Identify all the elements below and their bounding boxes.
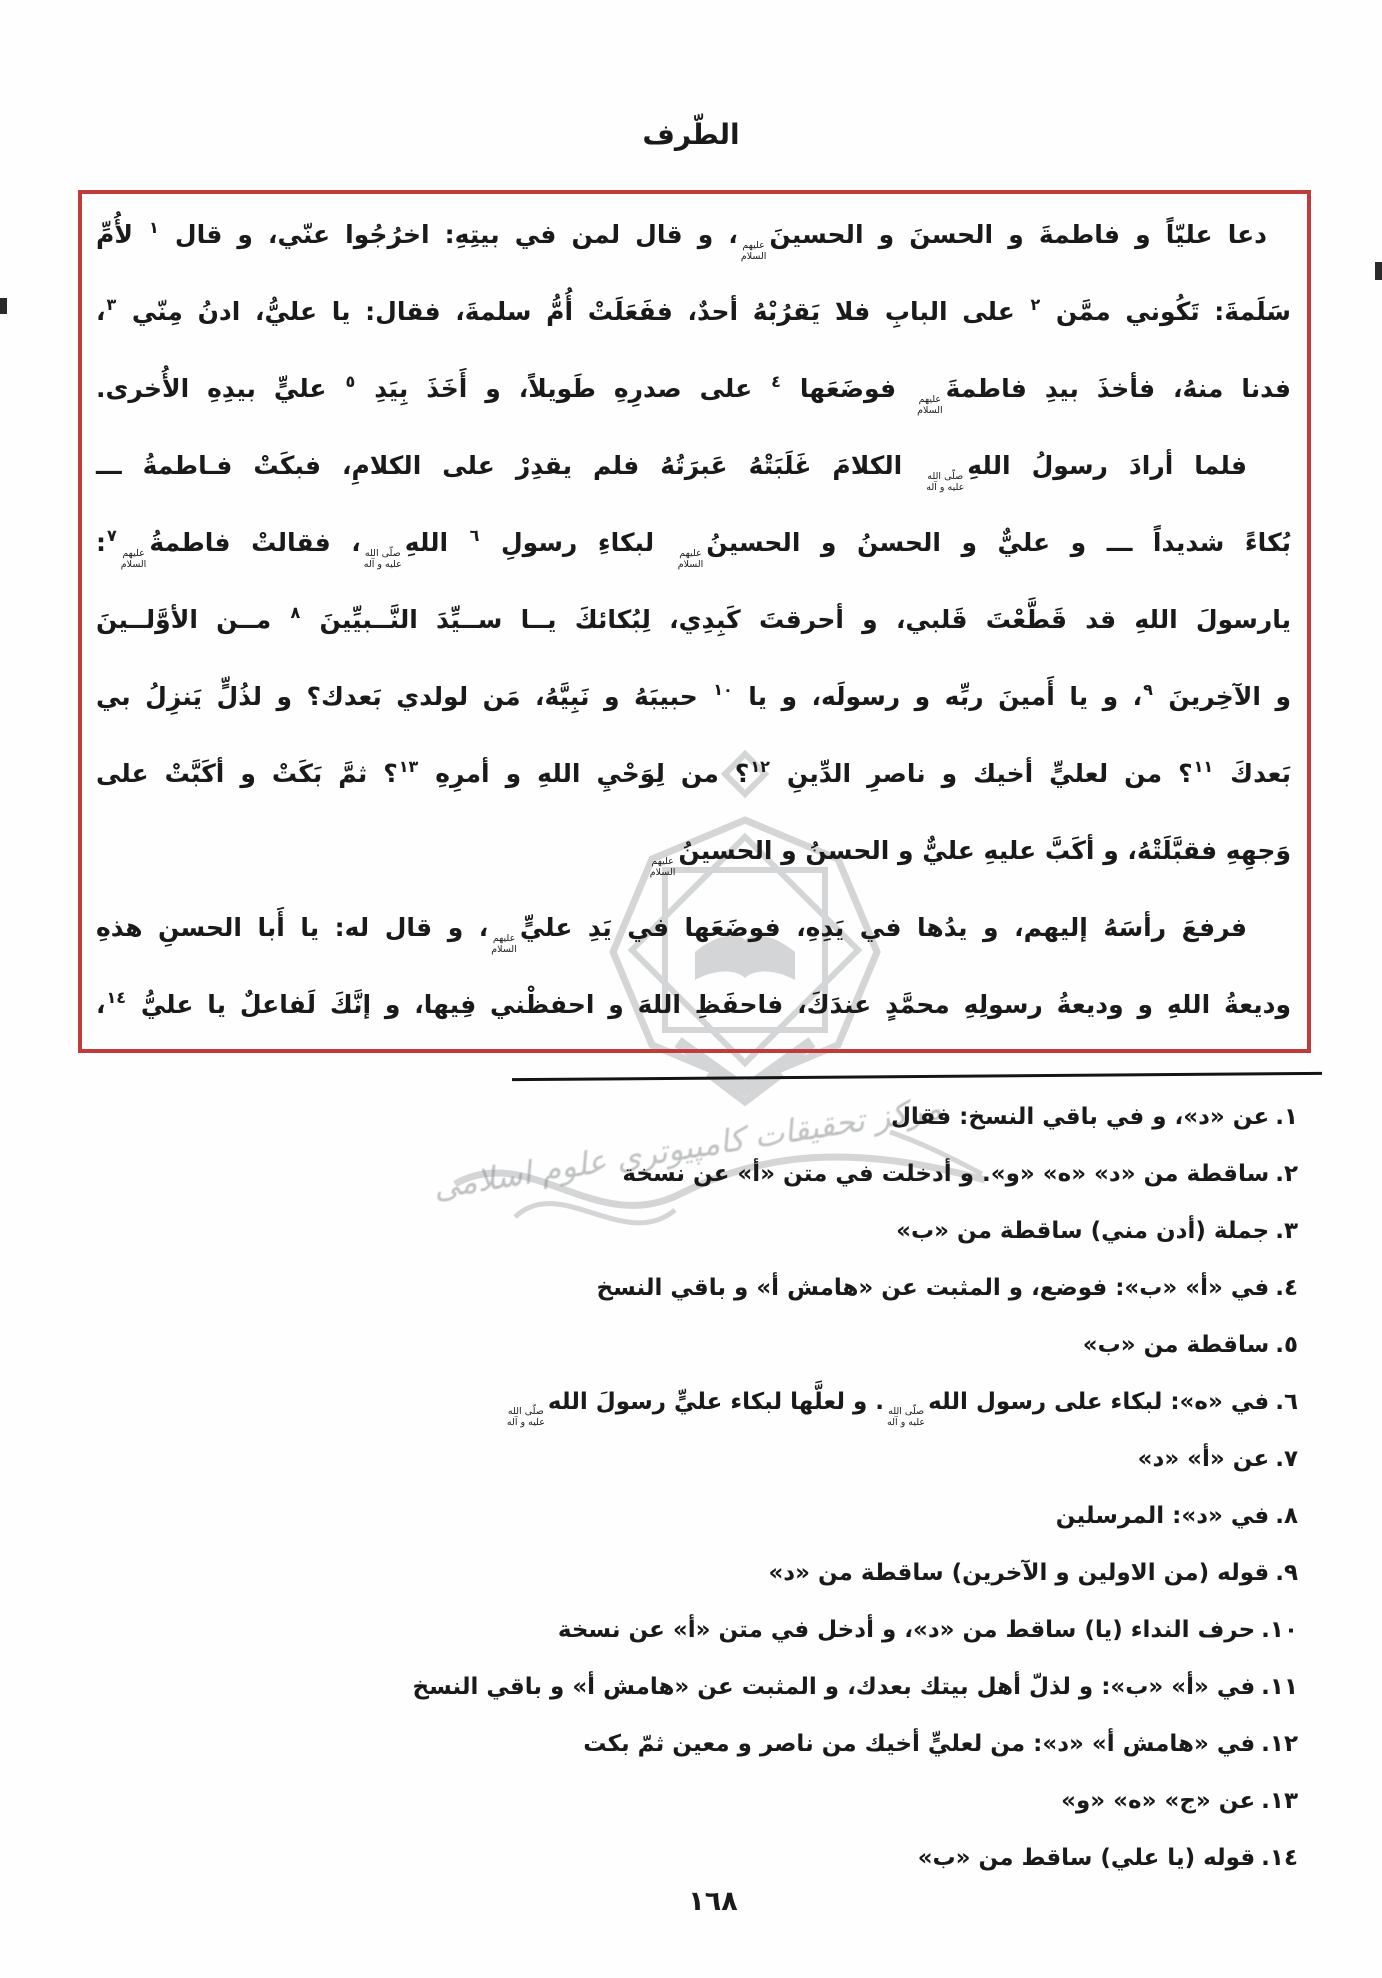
footnote-ref: ١٣ [399,757,419,776]
footnote-item: ٥.ساقطة من «ب» [60,1325,1298,1365]
body-line: وَجهِهِ فقبَّلَتْهُ، و أكَبَّ عليهِ عليٌ… [96,812,1291,889]
footnote-item: ١٣.عن «ج» «ه» «و» [60,1781,1298,1821]
honorific-saw: صلّى اللهعليه و آله [887,1407,925,1429]
footnote-number: ١٠. [1261,1617,1298,1643]
body-line: بُكاءً شديداً ـــ و عليٌّ و الحسنُ و الح… [96,504,1291,581]
footnote-ref: ٤ [771,372,781,391]
body-line: فرفعَ رأسَهُ إليهم، و يدُها في يَدِهِ، ف… [96,889,1291,966]
body-line: فلما أرادَ رسولُ اللهِصلّى اللهعليه و آل… [96,427,1291,504]
footnote-ref: ٨ [290,603,300,622]
honorific-as: عليهمالسلام [650,857,676,879]
page-title: الطّرف [0,118,1382,151]
body-line: دعا عليّاً و فاطمةَ و الحسنَ و الحسينَعل… [96,196,1291,273]
body-text: دعا عليّاً و فاطمةَ و الحسنَ و الحسينَعل… [96,196,1291,1049]
honorific-as: عليهمالسلام [491,934,517,956]
footnote-item: ١.عن «د»، و في باقي النسخ: فقال [60,1097,1298,1137]
honorific-saw: صلّى اللهعليه و آله [926,472,964,494]
footnote-number: ١٣. [1261,1788,1298,1814]
body-line: يارسولَ اللهِ قد قَطَّعْتَ قَلبي، و أحرق… [96,581,1291,658]
main-textbox: دعا عليّاً و فاطمةَ و الحسنَ و الحسينَعل… [78,190,1311,1053]
footnotes-list: ١.عن «د»، و في باقي النسخ: فقال٢.ساقطة م… [60,1097,1298,1895]
footnote-number: ٦. [1275,1389,1298,1415]
footnote-ref: ١٠ [713,680,733,699]
footnote-item: ٢.ساقطة من «د» «ه» «و». و أدخلت في متن «… [60,1154,1298,1194]
footnote-ref: ٧ [107,526,117,545]
body-line: وديعةُ اللهِ و وديعةُ رسولِهِ محمَّدٍ عن… [96,966,1291,1043]
scan-artifact [0,298,7,314]
footnote-number: ١٢. [1261,1731,1298,1757]
footnote-ref: ٩ [1143,680,1153,699]
book-page: مركز تحقيقات كامپيوترى علوم اسلامى الطّر… [0,0,1382,1978]
honorific-as: عليهمالسلام [121,549,147,571]
footnote-ref: ٥ [345,372,355,391]
body-line: سَلَمةَ: تَكُوني ممَّن ٢ على البابِ فلا … [96,273,1291,350]
footnote-item: ٩.قوله (من الاولين و الآخرين) ساقطة من «… [60,1553,1298,1593]
footnote-number: ٣. [1275,1218,1298,1244]
scan-artifact [1375,262,1382,280]
footnote-ref: ٣ [107,295,117,314]
footnote-number: ١. [1275,1104,1298,1130]
footnote-number: ٢. [1275,1161,1298,1187]
footnote-number: ٤. [1275,1275,1298,1301]
footnote-number: ٥. [1275,1332,1298,1358]
page-number: ١٦٨ [22,1886,1382,1917]
honorific-as: عليهمالسلام [678,549,704,571]
honorific-as: عليهمالسلام [741,241,767,263]
footnote-ref: ١٢ [750,757,770,776]
footnote-number: ٨. [1275,1503,1298,1529]
footnote-item: ١٤.قوله (يا علي) ساقط من «ب» [60,1838,1298,1878]
footnote-item: ١٢.في «هامش أ» «د»: من لعليٍّ أخيك من نا… [60,1724,1298,1764]
honorific-saw: صلّى اللهعليه و آله [364,549,402,571]
footnote-item: ٧.عن «أ» «د» [60,1439,1298,1479]
body-line: بَعدكَ ١١؟ من لعليٍّ أخيك و ناصرِ الدِّي… [96,735,1291,812]
footnote-item: ١١.في «أ» «ب»: و لذلّ أهل بيتك بعدك، و ا… [60,1667,1298,1707]
body-line: فدنا منهُ، فأخذَ بيدِ فاطمةَعليهمالسلام … [96,350,1291,427]
footnote-number: ٩. [1275,1560,1298,1586]
honorific-saw: صلّى اللهعليه و آله [507,1407,545,1429]
footnote-ref: ٦ [470,526,480,545]
footnote-item: ٤.في «أ» «ب»: فوضع، و المثبت عن «هامش أ»… [60,1268,1298,1308]
footnote-number: ١٤. [1261,1845,1298,1871]
footnotes-divider [512,1072,1322,1081]
honorific-as: عليهمالسلام [917,395,943,417]
footnote-number: ١١. [1261,1674,1298,1700]
footnote-ref: ٢ [1031,295,1041,314]
footnote-item: ١٠.حرف النداء (يا) ساقط من «د»، و أدخل ف… [60,1610,1298,1650]
footnote-number: ٧. [1275,1446,1298,1472]
footnote-ref: ١ [149,218,159,237]
footnote-item: ٨.في «د»: المرسلين [60,1496,1298,1536]
body-line: و الآخِرينَ ٩، و يا أَمينَ ربِّه و رسولَ… [96,658,1291,735]
footnote-item: ٦.في «ه»: لبكاء على رسول اللهصلّى اللهعل… [60,1382,1298,1422]
footnote-item: ٣.جملة (أدن مني) ساقطة من «ب» [60,1211,1298,1251]
footnote-ref: ١١ [1194,757,1214,776]
footnote-ref: ١٤ [107,988,127,1007]
